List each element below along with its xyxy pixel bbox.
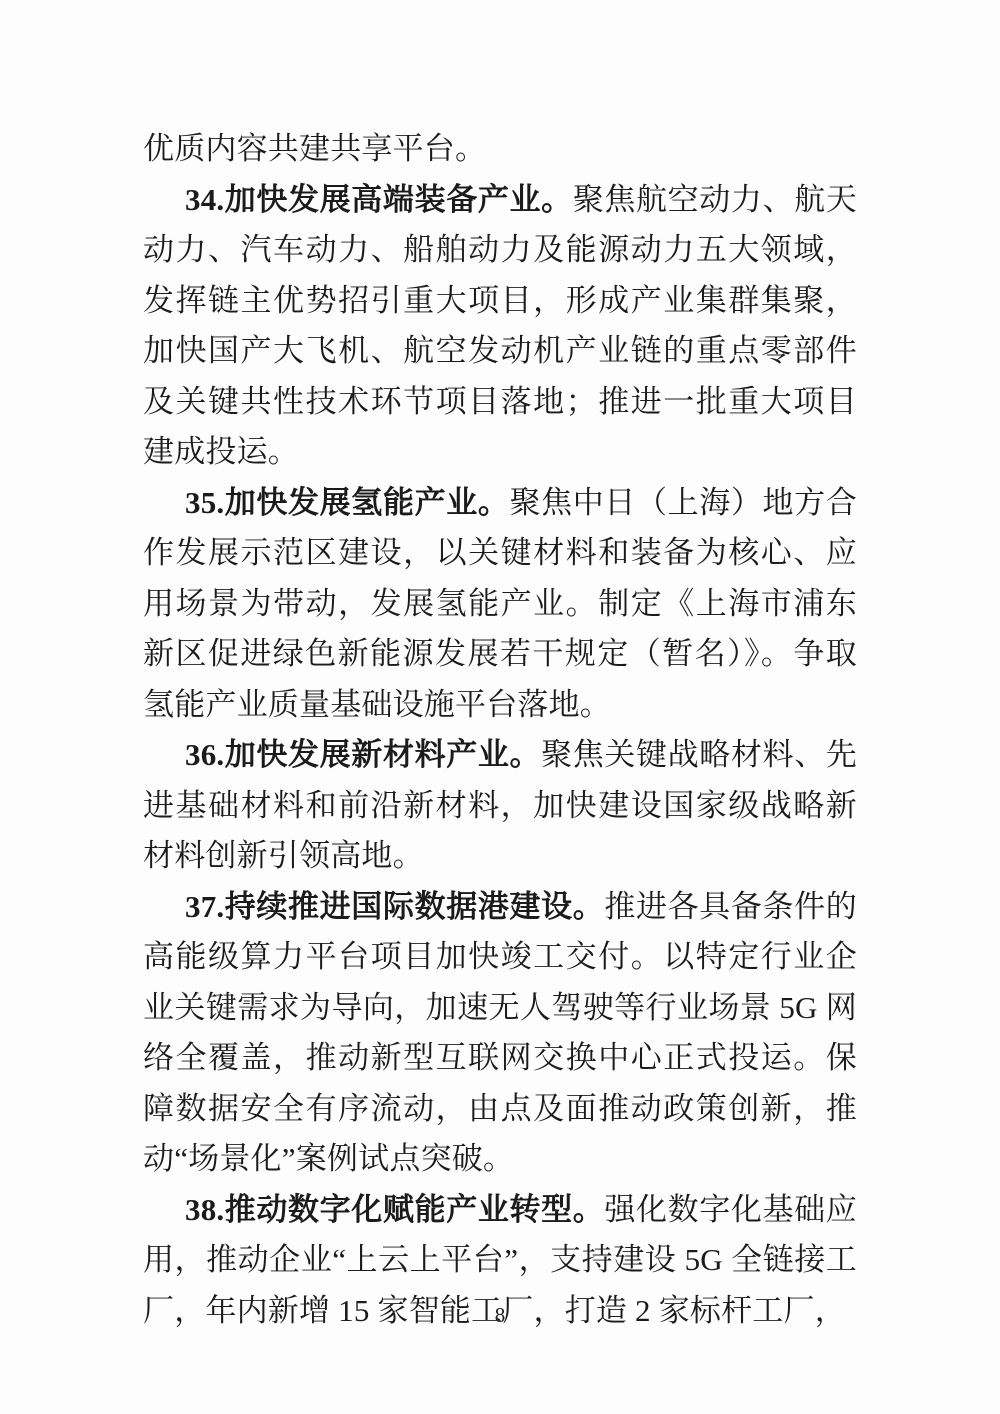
paragraph-lead: 34.加快发展高端装备产业。 — [185, 182, 573, 217]
paragraph-body: 推进各具备条件的高能级算力平台项目加快竣工交付。以特定行业企业关键需求为导向，加… — [143, 889, 857, 1177]
paragraph-item-35: 35.加快发展氢能产业。聚焦中日（上海）地方合作发展示范区建设，以关键材料和装备… — [143, 478, 857, 731]
paragraph-item-34: 34.加快发展高端装备产业。聚焦航空动力、航天动力、汽车动力、船舶动力及能源动力… — [143, 175, 857, 478]
paragraph-lead: 35.加快发展氢能产业。 — [185, 485, 509, 520]
paragraph-continuation: 优质内容共建共享平台。 — [143, 124, 857, 175]
page-number: 8 — [0, 1303, 1000, 1328]
paragraph-lead: 37.持续推进国际数据港建设。 — [185, 889, 604, 924]
document-page: 优质内容共建共享平台。 34.加快发展高端装备产业。聚焦航空动力、航天动力、汽车… — [0, 0, 1000, 1414]
paragraph-body: 优质内容共建共享平台。 — [143, 131, 486, 166]
paragraph-lead: 36.加快发展新材料产业。 — [185, 737, 541, 772]
paragraph-item-37: 37.持续推进国际数据港建设。推进各具备条件的高能级算力平台项目加快竣工交付。以… — [143, 882, 857, 1185]
paragraph-body: 聚焦航空动力、航天动力、汽车动力、船舶动力及能源动力五大领域，发挥链主优势招引重… — [143, 182, 857, 470]
paragraph-body: 聚焦中日（上海）地方合作发展示范区建设，以关键材料和装备为核心、应用场景为带动，… — [143, 485, 857, 722]
paragraph-lead: 38.推动数字化赋能产业转型。 — [185, 1192, 604, 1227]
paragraph-item-36: 36.加快发展新材料产业。聚焦关键战略材料、先进基础材料和前沿新材料，加快建设国… — [143, 730, 857, 882]
document-body: 优质内容共建共享平台。 34.加快发展高端装备产业。聚焦航空动力、航天动力、汽车… — [143, 124, 857, 1336]
